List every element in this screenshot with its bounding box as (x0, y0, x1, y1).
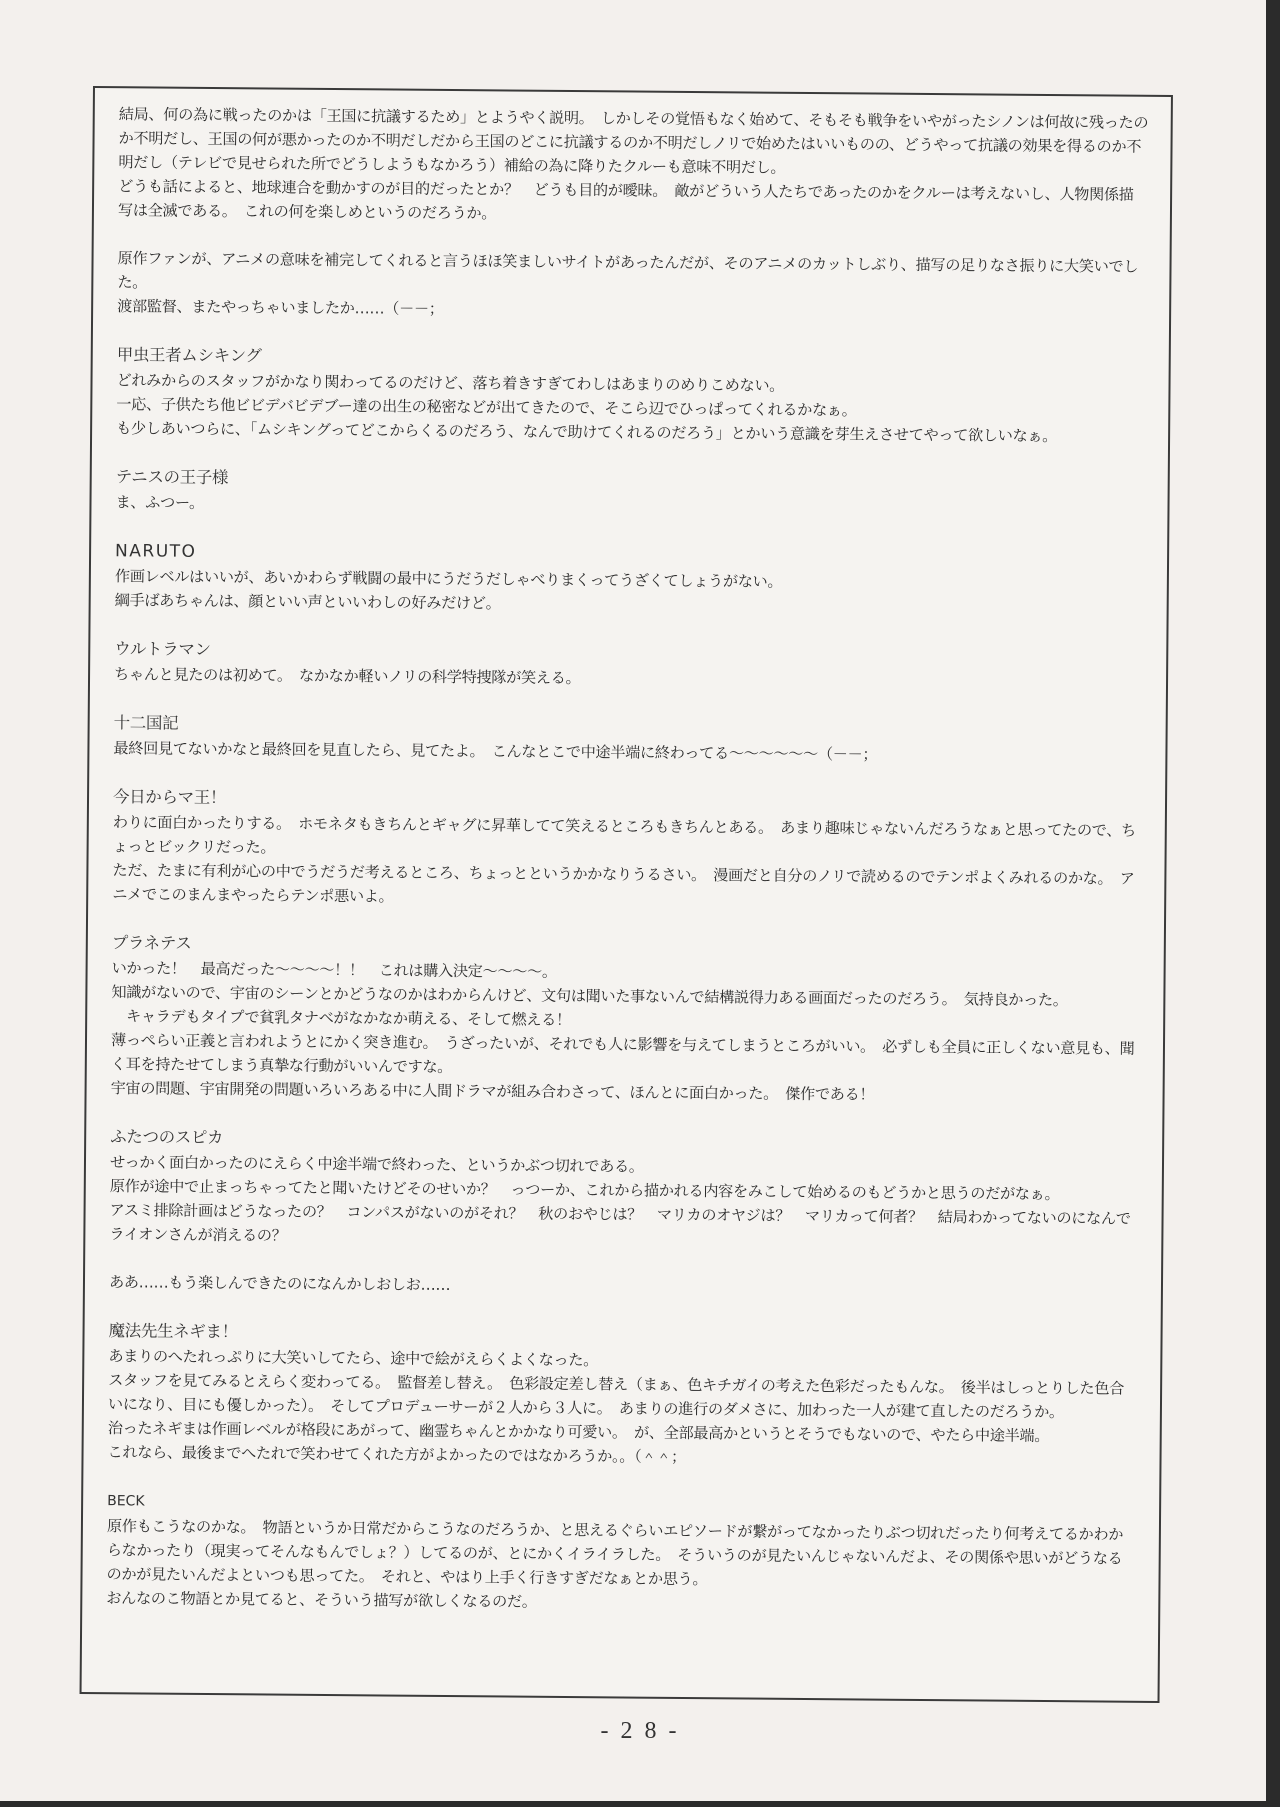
intro-section: 結局、何の為に戦ったのかは「王国に抗議するため」とようやく説明。 しかしその覚悟… (118, 102, 1149, 231)
intro-section-2: 原作ファンが、アニメの意味を補完してくれると言うほほ笑ましいサイトがあったんだが… (117, 246, 1148, 327)
intro-paragraph: 原作ファンが、アニメの意味を補完してくれると言うほほ笑ましいサイトがあったんだが… (117, 246, 1147, 303)
review-section-tennis: テニスの王子様 ま、ふつー。 (115, 464, 1145, 523)
section-line: 原作もこうなのかな。 物語というか日常だからこうなのだろうか、と思えるぐらいエピ… (106, 1514, 1137, 1595)
section-line: ただ、たまに有利が心の中でうだうだ考えるところ、ちょっとというかかなりうるさい。… (112, 858, 1142, 915)
review-section-naruto: NARUTO 作画レベルはいいが、あいかわらず戦闘の最中にうだうだしゃべりまくっ… (115, 538, 1146, 621)
section-line: 薄っぺらい正義と言われようとにかく突き進む。 うざったいが、それでも人に影響を与… (111, 1028, 1141, 1085)
review-section-ultraman: ウルトラマン ちゃんと見たのは初めて。 なかなか軽いノリの科学特捜隊が笑える。 (114, 636, 1144, 695)
section-line: わりに面白かったりする。 ホモネタもきちんとギャグに昇華してて笑えるところもきち… (113, 810, 1143, 867)
scan-edge-bottom (0, 1801, 1280, 1807)
review-section-futatsu-no-spica: ふたつのスピカ せっかく面白かったのにえらく中途半端で終わった、というかぶつ切れ… (109, 1124, 1140, 1303)
review-section-negima: 魔法先生ネギま！ あまりのへたれっぷりに大笑いしてたら、途中で絵がえらくよくなっ… (107, 1318, 1138, 1473)
review-section-juuni-kokki: 十二国記 最終回見てないかなと最終回を見直したら、見てたよ。 こんなとこで中途半… (113, 710, 1143, 769)
section-line: スタッフを見てみるとえらく変わってる。 監督差し替え。 色彩設定差し替え（まぁ、… (108, 1368, 1138, 1425)
review-section-mushiking: 甲虫王者ムシキング どれみからのスタッフがかなり関わってるのだけど、落ち着きすぎ… (116, 342, 1147, 449)
page-number: - 2 8 - (0, 1718, 1280, 1745)
review-section-planetes: プラネテス いかった！ 最高だった～～～～！！ これは購入決定～～～～。 知識が… (111, 930, 1142, 1109)
intro-paragraph: 結局、何の為に戦ったのかは「王国に抗議するため」とようやく説明。 しかしその覚悟… (118, 102, 1149, 183)
review-content: 結局、何の為に戦ったのかは「王国に抗議するため」とようやく説明。 しかしその覚悟… (106, 102, 1149, 1619)
section-line: アスミ排除計画はどうなったの？ コンパスがないのがそれ？ 秋のおやじは？ マリカ… (109, 1198, 1139, 1255)
scan-edge-right (1266, 0, 1280, 1807)
review-section-kyou-kara-maou: 今日からマ王！ わりに面白かったりする。 ホモネタもきちんとギャグに昇華してて笑… (112, 784, 1143, 915)
intro-paragraph: どうも話によると、地球連合を動かすのが目的だったとか？ どうも目的が曖昧。 敵が… (118, 174, 1148, 231)
review-section-beck: BECK 原作もこうなのかな。 物語というか日常だからこうなのだろうか、と思える… (106, 1488, 1137, 1619)
review-text-frame: 結局、何の為に戦ったのかは「王国に抗議するため」とようやく説明。 しかしその覚悟… (80, 86, 1173, 1703)
